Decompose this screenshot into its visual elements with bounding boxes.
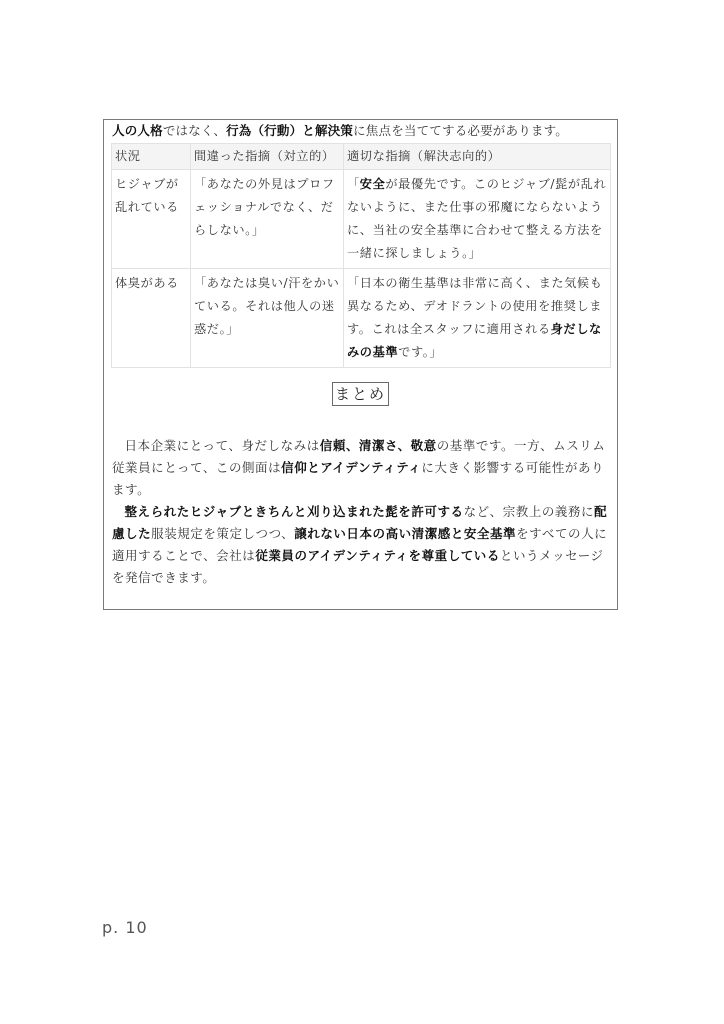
summary-heading: まとめ [332,382,389,406]
seg: 「 [347,177,360,191]
summary-heading-wrap: まとめ [104,382,617,406]
cell-wrong: 「あなたは臭い/汗をかいている。それは他人の迷惑だ。」 [191,269,344,368]
header-wrong: 間違った指摘（対立的） [191,144,344,170]
seg: 信仰とアイデンティティ [281,460,421,475]
intro-seg: に焦点を当ててする必要があります。 [353,123,568,138]
intro-seg: 行為（行動）と解決策 [226,123,353,138]
content-frame: 人の人格ではなく、行為（行動）と解決策に焦点を当ててする必要があります。 状況 … [103,119,618,610]
seg: です。」 [398,345,442,359]
seg: が最優先です。このヒジャブ/髭が乱れないように、また仕事の邪魔にならないように、… [347,177,606,260]
cell-wrong: 「あなたの外見はプロフェッショナルでなく、だらしない。」 [191,170,344,269]
intro-sentence: 人の人格ではなく、行為（行動）と解決策に焦点を当ててする必要があります。 [112,122,568,140]
seg: 服装規定を策定しつつ、 [151,526,294,541]
cell-situation: 体臭がある [112,269,191,368]
cell-right: 「安全が最優先です。このヒジャブ/髭が乱れないように、また仕事の邪魔にならないよ… [344,170,611,269]
seg: 譲れない日本の高い清潔感と安全基準 [294,526,516,541]
page-number: p. 10 [102,918,148,937]
seg: 日本企業にとって、身だしなみは [125,438,320,453]
summary-paragraph-2: 整えられたヒジャブときちんと刈り込まれた髭を許可するなど、宗教上の義務に配慮した… [112,501,609,589]
feedback-comparison-table: 状況 間違った指摘（対立的） 適切な指摘（解決志向的） ヒジャブが乱れている 「… [111,143,611,368]
summary-paragraph-1: 日本企業にとって、身だしなみは信頼、清潔さ、敬意の基準です。一方、ムスリム従業員… [112,435,609,501]
header-situation: 状況 [112,144,191,170]
table-row: ヒジャブが乱れている 「あなたの外見はプロフェッショナルでなく、だらしない。」 … [112,170,611,269]
header-right: 適切な指摘（解決志向的） [344,144,611,170]
seg: 安全 [360,177,386,191]
seg: 信頼、清潔さ、敬意 [320,438,437,453]
intro-seg: ではなく、 [163,123,226,138]
table-row: 体臭がある 「あなたは臭い/汗をかいている。それは他人の迷惑だ。」 「日本の衛生… [112,269,611,368]
cell-right: 「日本の衛生基準は非常に高く、また気候も異なるため、デオドラントの使用を推奨しま… [344,269,611,368]
seg: 従業員のアイデンティティを尊重している [255,548,500,563]
cell-situation: ヒジャブが乱れている [112,170,191,269]
seg: など、宗教上の義務に [464,504,595,519]
intro-seg: 人の人格 [112,123,163,138]
table-header-row: 状況 間違った指摘（対立的） 適切な指摘（解決志向的） [112,144,611,170]
seg: 整えられたヒジャブときちんと刈り込まれた髭を許可する [125,504,464,519]
